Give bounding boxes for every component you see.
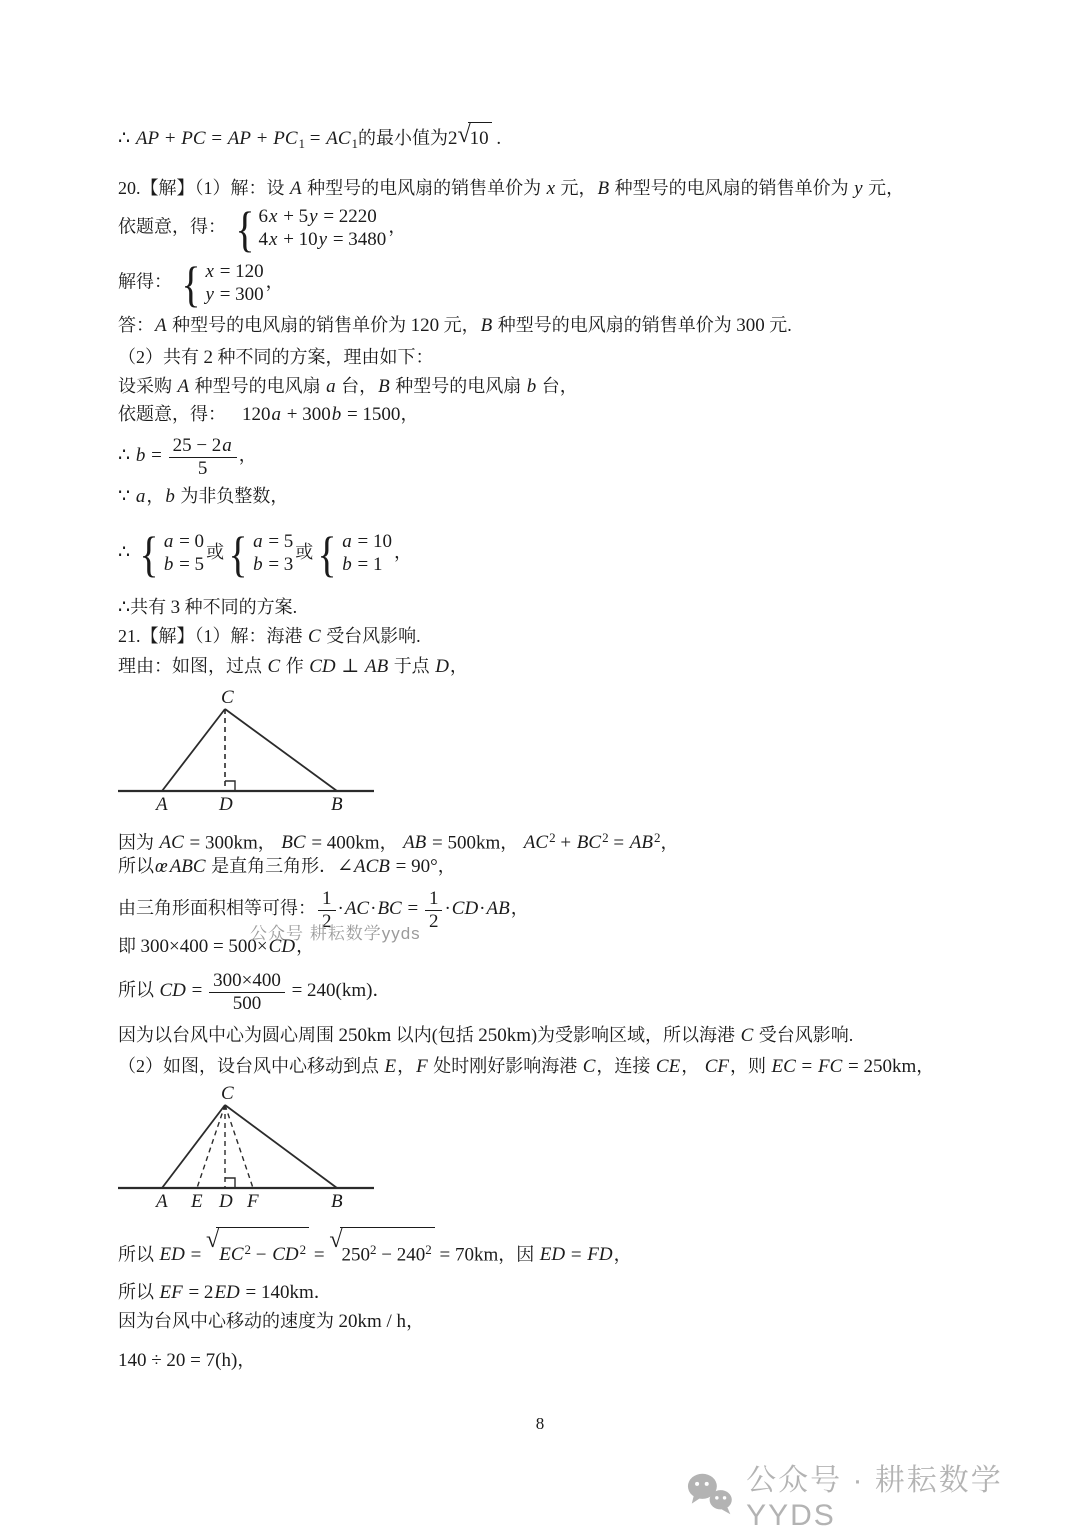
math-variable: PC [180,128,206,149]
cjk-text: 依题意，得： [118,404,226,424]
math-roman: 2 [204,347,214,368]
brace-glyph: { [228,529,247,579]
math-roman: = [609,832,629,853]
math-roman: 250 [342,1244,371,1265]
equation-system: {x = 120y = 300 [179,259,264,309]
cjk-text: 或 [295,542,313,562]
right-triangle-line: 所以œABC 是直角三角形．∠ACB = 90°， [118,851,456,881]
math-variable: A [177,376,191,397]
system-row: x = 120 [205,261,264,284]
cjk-text: 作 [281,656,308,676]
math-roman: 2 [448,128,458,149]
radicand: 10 [468,122,492,155]
math-roman: 4 [259,229,269,250]
cjk-text: 因为 [118,832,159,852]
math-roman: 300 [736,315,765,336]
math-variable: a [252,531,264,552]
math-roman: = 250km [843,1056,916,1077]
reason-line: 理由：如图，过点 C 作 CD ⊥ AB 于点 D， [118,651,468,681]
math-variable: CD [159,980,187,1001]
math-variable: a [163,531,175,552]
math-roman: 120 [242,404,271,425]
ed-computation-line: 所以 ED = √EC2 − CD2 = √2502 − 2402 = 70km… [118,1227,632,1269]
math-variable: C [267,656,282,677]
cjk-text: 所以 [118,856,154,876]
math-roman: 250km [478,1025,531,1046]
cjk-text: ，连接 [596,1056,655,1076]
equation-system: {a = 0b = 5 [137,529,204,579]
right-angle-mark [225,781,235,791]
math-variable: A [154,315,168,336]
cjk-text: ， [266,272,284,292]
math-roman: 1 [429,888,439,909]
math-roman: ∵ [118,486,135,507]
math-variable: a [341,531,353,552]
math-roman: ⊥ [337,656,364,677]
system-rows: a = 5b = 3 [252,531,293,577]
cjk-text: ，因 [498,1244,539,1264]
math-variable: F [415,1056,429,1077]
math-roman: = [146,445,166,466]
system-rows: 6x + 5y = 22204x + 10y = 3480 [259,206,387,252]
math-roman: + [252,128,272,149]
math-roman: · [479,898,485,919]
cjk-text: 21.【解】（1）解：海港 [118,626,307,646]
budget-equation-line: 依题意，得：120a + 300b = 1500， [118,399,418,429]
cjk-text: 种型号的电风扇 [190,376,325,396]
system-row: 4x + 10y = 3480 [259,229,387,252]
square-root: √2502 − 2402 [329,1247,434,1264]
vertex-label-D: D [218,794,233,814]
vertex-label-F: F [246,1191,259,1212]
vertex-label-A: A [154,794,168,814]
math-variable: b [164,486,176,507]
math-roman: = 2 [184,1282,214,1303]
math-roman: = 70km [435,1244,499,1265]
math-variable: C [307,626,322,647]
math-roman: · [338,898,344,919]
math-variable: AP [135,128,160,149]
math-variable: CF [704,1056,730,1077]
math-variable: EF [159,1282,184,1303]
speed-line: 因为台风中心移动的速度为 20km / h， [118,1306,424,1336]
cjk-text: 台， [337,376,378,396]
cd-value-line: 所以 CD = 300×400500 = 240(km)． [118,967,391,1013]
triangle-diagram-1: C A D B [118,688,378,814]
footer-watermark: 公众号 · 耕耘数学YYDS [686,1455,1080,1527]
math-roman: ∴ [118,128,135,149]
system-row: b = 5 [163,554,204,577]
product-equation-line: 即 300×400 = 500×CD， [118,931,314,961]
cjk-text: 元， [864,178,905,198]
cjk-text: 处时刚好影响海港 [429,1056,582,1076]
cjk-text: 所以 [118,1244,159,1264]
math-variable: AC [325,128,351,149]
cjk-text: 即 [118,936,141,956]
math-variable: BC [576,832,602,853]
math-variable: CD [451,898,479,919]
system-rows: a = 10b = 1 [341,531,392,577]
math-variable: B [597,178,611,199]
math-roman: = [305,128,325,149]
fraction: 12 [425,888,443,933]
answer-sheet-page: ∴ AP + PC = AP + PC1 = AC1的最小值为2√10 . 20… [0,0,1080,1527]
math-variable: FC [817,1056,843,1077]
fraction-numerator: 1 [318,888,336,910]
cjk-text: 设采购 [118,376,177,396]
cjk-text: 元， [439,315,480,335]
math-roman: ∴ [118,445,135,466]
cjk-text: ， [916,1056,934,1076]
math-roman: 300×400 [213,970,281,991]
conclusion-line-19: ∴ AP + PC = AP + PC1 = AC1的最小值为2√10 . [118,122,501,152]
given-lengths-line: 因为 AC = 300km， BC = 400km， AB = 500km， A… [118,823,679,853]
math-roman: 20km / h [339,1311,407,1332]
vertex-label-E: E [190,1191,203,1212]
cjk-text: 受台风影响. [754,1025,853,1045]
vertex-label-C: C [221,1086,234,1104]
system-rows: x = 120y = 300 [205,261,264,307]
math-variable: D [434,656,450,677]
system-row: y = 300 [205,284,264,307]
math-roman: = 3480 [328,229,386,250]
math-roman: . [492,128,502,149]
right-angle-mark [225,1178,235,1188]
cjk-text: ， [438,856,456,876]
math-roman: = 5 [264,531,294,552]
cjk-text: ． [314,1282,332,1302]
cjk-text: ， [388,217,406,237]
cjk-text: ， [450,656,468,676]
system-row: a = 5 [252,531,293,554]
math-variable: ACB [353,856,391,877]
cjk-text: ，则 [730,1056,771,1076]
math-roman: = [187,980,207,1001]
math-roman: 3 [171,597,181,618]
math-variable: CE [655,1056,681,1077]
vertex-label-A: A [154,1191,168,1212]
math-roman: − 240 [377,1244,426,1265]
math-variable: AB [486,898,511,919]
cjk-text: 的最小值为 [358,128,448,148]
fraction-numerator: 1 [425,888,443,910]
math-variable: B [377,376,391,397]
fraction: 25 − 2a5 [169,435,237,480]
cjk-text: ． [373,980,391,1000]
math-variable: FD [586,1244,613,1265]
math-roman: 500 [233,993,262,1014]
math-variable: b [252,554,264,575]
cjk-text: 解得： [118,272,177,292]
cjk-text: 种型号的电风扇的销售单价为 [610,178,853,198]
cjk-text: 是直角三角形． [207,856,338,876]
cjk-text: 种型号的电风扇的销售单价为 [168,315,411,335]
math-variable: ED [213,1282,240,1303]
cjk-text: ， [400,404,418,424]
math-variable: a [135,486,147,507]
solution-triples-line: ∴ {a = 0b = 5或{a = 5b = 3或{a = 10b = 1， [118,526,412,578]
cjk-text: ， [146,486,164,506]
math-variable: x [268,229,278,250]
conclusion-line-20: ∴共有 3 种不同的方案. [118,592,297,622]
influence-region-line: 因为以台风中心为圆心周围 250km 以内(包括 250km)为受影响区域，所以… [118,1020,853,1050]
cjk-text: ， [296,936,314,956]
math-variable: EC [218,1244,244,1265]
math-variable: AC [344,898,370,919]
fraction-numerator: 300×400 [209,970,285,992]
radical-glyph: √ [206,1228,219,1252]
brace-glyph: { [318,529,337,579]
math-variable: BC [376,898,402,919]
math-roman: 2 [429,911,439,932]
system-of-equations: 依题意，得： {6x + 5y = 22204x + 10y = 3480， [118,204,406,248]
math-variable: y [853,178,863,199]
assume-line: 设采购 A 种型号的电风扇 a 台，B 种型号的电风扇 b 台， [118,371,578,401]
math-roman: 1 [322,888,332,909]
vertex-label-D: D [218,1191,233,1212]
math-roman: + 5 [278,206,308,227]
math-roman: + [160,128,180,149]
math-variable: AB [364,656,389,677]
answer-line: 答：A 种型号的电风扇的销售单价为 120 元，B 种型号的电风扇的销售单价为 … [118,310,792,340]
math-roman: = 300 [215,284,264,305]
math-roman: = [566,1244,586,1265]
math-variable: B [480,315,494,336]
math-roman: 6 [259,206,269,227]
system-row: b = 3 [252,554,293,577]
math-roman: 120 [411,315,440,336]
square-root: √10 [458,131,492,148]
math-roman: ∴ [118,597,130,618]
cjk-text: 因为台风中心移动的速度为 [118,1311,339,1331]
math-roman: 250km [339,1025,392,1046]
cjk-text: 由三角形面积相等可得： [118,898,316,918]
system-row: 6x + 5y = 2220 [259,206,387,229]
cjk-text: 依题意，得： [118,217,231,237]
cjk-text: ， [394,542,412,562]
math-variable: a [325,376,337,397]
brace-glyph: { [181,259,200,309]
math-roman: = 3 [264,554,294,575]
cjk-text: ， [661,832,679,852]
cjk-text: 元， [556,178,597,198]
math-variable: x [546,178,556,199]
solution20-header: 20.【解】（1）解：设 A 种型号的电风扇的销售单价为 x 元，B 种型号的电… [118,173,904,203]
math-roman: − [251,1244,271,1265]
math-roman: = [309,1244,329,1265]
math-variable: x [268,206,278,227]
nonnegative-condition-line: ∵ a，b 为非负整数， [118,481,288,511]
vertex-label-B: B [331,794,343,814]
math-variable: AC [523,832,549,853]
b-expression-line: ∴ b = 25 − 2a5， [118,432,257,478]
fraction-numerator: 25 − 2a [169,435,237,457]
cjk-text: 种型号的电风扇 [391,376,526,396]
cjk-text: 以内(包括 [391,1025,478,1045]
math-roman: 10 [470,128,489,149]
cjk-text: 受台风影响. [322,626,421,646]
fraction: 300×400500 [209,970,285,1015]
fraction-denominator: 500 [209,992,285,1015]
math-variable: CD [271,1244,299,1265]
math-roman: ∴ [118,542,135,563]
solution21-header: 21.【解】（1）解：海港 C 受台风影响. [118,621,421,651]
math-variable: b [163,554,175,575]
radical-glyph: √ [329,1228,342,1252]
math-roman: = 140km [241,1282,314,1303]
cjk-text: 种不同的方案，理由如下： [213,347,434,367]
cjk-text: ， [397,1056,415,1076]
math-variable: EC [770,1056,796,1077]
math-variable: C [740,1025,755,1046]
system-solution: 解得： {x = 120y = 300， [118,259,284,303]
cjk-text: ， [239,445,257,465]
cjk-text: 所以 [118,980,159,1000]
math-variable: ABC [169,856,207,877]
radical-glyph: √ [458,123,471,147]
math-roman: = 120 [215,261,264,282]
math-roman: = 2220 [319,206,377,227]
math-variable: E [384,1056,398,1077]
math-variable: b [135,445,147,466]
cjk-text: 因为以台风中心为圆心周围 [118,1025,339,1045]
math-roman: = 5 [174,554,204,575]
math-variable: CD [308,656,336,677]
math-variable: AB [629,832,654,853]
math-roman: 5 [198,458,208,479]
system-row: b = 1 [341,554,392,577]
math-roman: = 240(km) [287,980,373,1001]
math-roman: = 10 [353,531,392,552]
math-variable: b [341,554,353,575]
cjk-text: （2）共有 [118,347,204,367]
math-roman: · [444,898,450,919]
cjk-text: 种不同的方案. [180,597,297,617]
cjk-text: )为受影响区域，所以海港 [531,1025,740,1045]
math-roman: 300×400 = 500× [141,936,268,957]
cjk-text: 种型号的电风扇的销售单价为 [303,178,546,198]
math-variable: ED [539,1244,566,1265]
math-variable: y [308,206,318,227]
cjk-text: 共有 [130,597,171,617]
cjk-text: ， [500,832,523,852]
radicand: EC2 − CD2 [216,1227,309,1277]
math-roman: 25 − 2 [173,435,222,456]
math-roman: = [797,1056,817,1077]
superscript: 2 [425,1242,432,1257]
system-rows: a = 0b = 5 [163,531,204,577]
cjk-text: 为非负整数， [176,486,289,506]
cjk-text: ， [406,1311,424,1331]
math-roman: ∠ [337,856,353,877]
cjk-text: 20.【解】（1）解：设 [118,178,289,198]
cjk-text: ， [511,898,529,918]
math-variable: AP [227,128,252,149]
math-variable: C [582,1056,597,1077]
cjk-text: 理由：如图，过点 [118,656,267,676]
cjk-text: 答： [118,315,154,335]
math-roman: 140 ÷ 20 = 7(h) [118,1350,237,1371]
cjk-text: ， [614,1244,632,1264]
system-row: a = 0 [163,531,204,554]
math-variable: CD [268,936,296,957]
vertex-label-C: C [221,688,234,708]
math-variable: a [271,404,283,425]
math-variable: b [526,376,538,397]
ef-line: 所以 EF = 2ED = 140km． [118,1277,332,1307]
cjk-text: 种型号的电风扇的销售单价为 [493,315,736,335]
cjk-text: ， [681,1056,704,1076]
part2-intro-line: （2）共有 2 种不同的方案，理由如下： [118,342,434,372]
cjk-text: 所以 [118,1282,159,1302]
math-roman: = 0 [174,531,204,552]
math-roman: + 10 [278,229,317,250]
equation-system: {a = 10b = 1 [315,529,392,579]
math-roman: = 1 [353,554,383,575]
math-variable: a [221,435,233,456]
cjk-text: 元. [765,315,792,335]
part2-setup-line: （2）如图，设台风中心移动到点 E，F 处时刚好影响海港 C，连接 CE， CF… [118,1051,934,1081]
cjk-text: 台， [537,376,578,396]
math-variable: PC [272,128,298,149]
math-variable: y [205,284,215,305]
cjk-text: 于点 [389,656,434,676]
triangle-diagram-2: C A E D F B [118,1086,378,1212]
equation-system: {6x + 5y = 22204x + 10y = 3480 [233,204,387,254]
math-roman: + [556,832,576,853]
math-roman: = [186,1244,206,1265]
cjk-text: ， [258,832,281,852]
page-number: 8 [0,1414,1080,1434]
math-variable: x [205,261,215,282]
cjk-text: （2）如图，设台风中心移动到点 [118,1056,384,1076]
math-roman: = 1500 [342,404,400,425]
math-roman: = [403,898,423,919]
fraction-denominator: 2 [425,910,443,933]
brace-glyph: { [139,529,158,579]
superscript: 2 [300,1242,307,1257]
brace-glyph: { [235,204,254,254]
cjk-text: ， [237,1350,255,1370]
math-roman: = [207,128,227,149]
wechat-icon [686,1471,736,1517]
cjk-text: ， [380,832,403,852]
math-variable: ED [159,1244,186,1265]
time-line: 140 ÷ 20 = 7(h)， [118,1345,255,1375]
cjk-text: 或 [206,542,224,562]
math-roman: + 300 [282,404,331,425]
math-variable: b [331,404,343,425]
system-row: a = 10 [341,531,392,554]
math-variable: œ [154,856,169,877]
fraction-denominator: 5 [169,457,237,480]
footer-brand-text: 公众号 · 耕耘数学YYDS [746,1455,1080,1527]
math-variable: y [318,229,328,250]
equation-system: {a = 5b = 3 [226,529,293,579]
vertex-label-B: B [331,1191,343,1212]
radicand: 2502 − 2402 [340,1227,435,1277]
square-root: √EC2 − CD2 [206,1247,309,1264]
math-variable: A [289,178,303,199]
math-roman: = 90° [391,856,438,877]
